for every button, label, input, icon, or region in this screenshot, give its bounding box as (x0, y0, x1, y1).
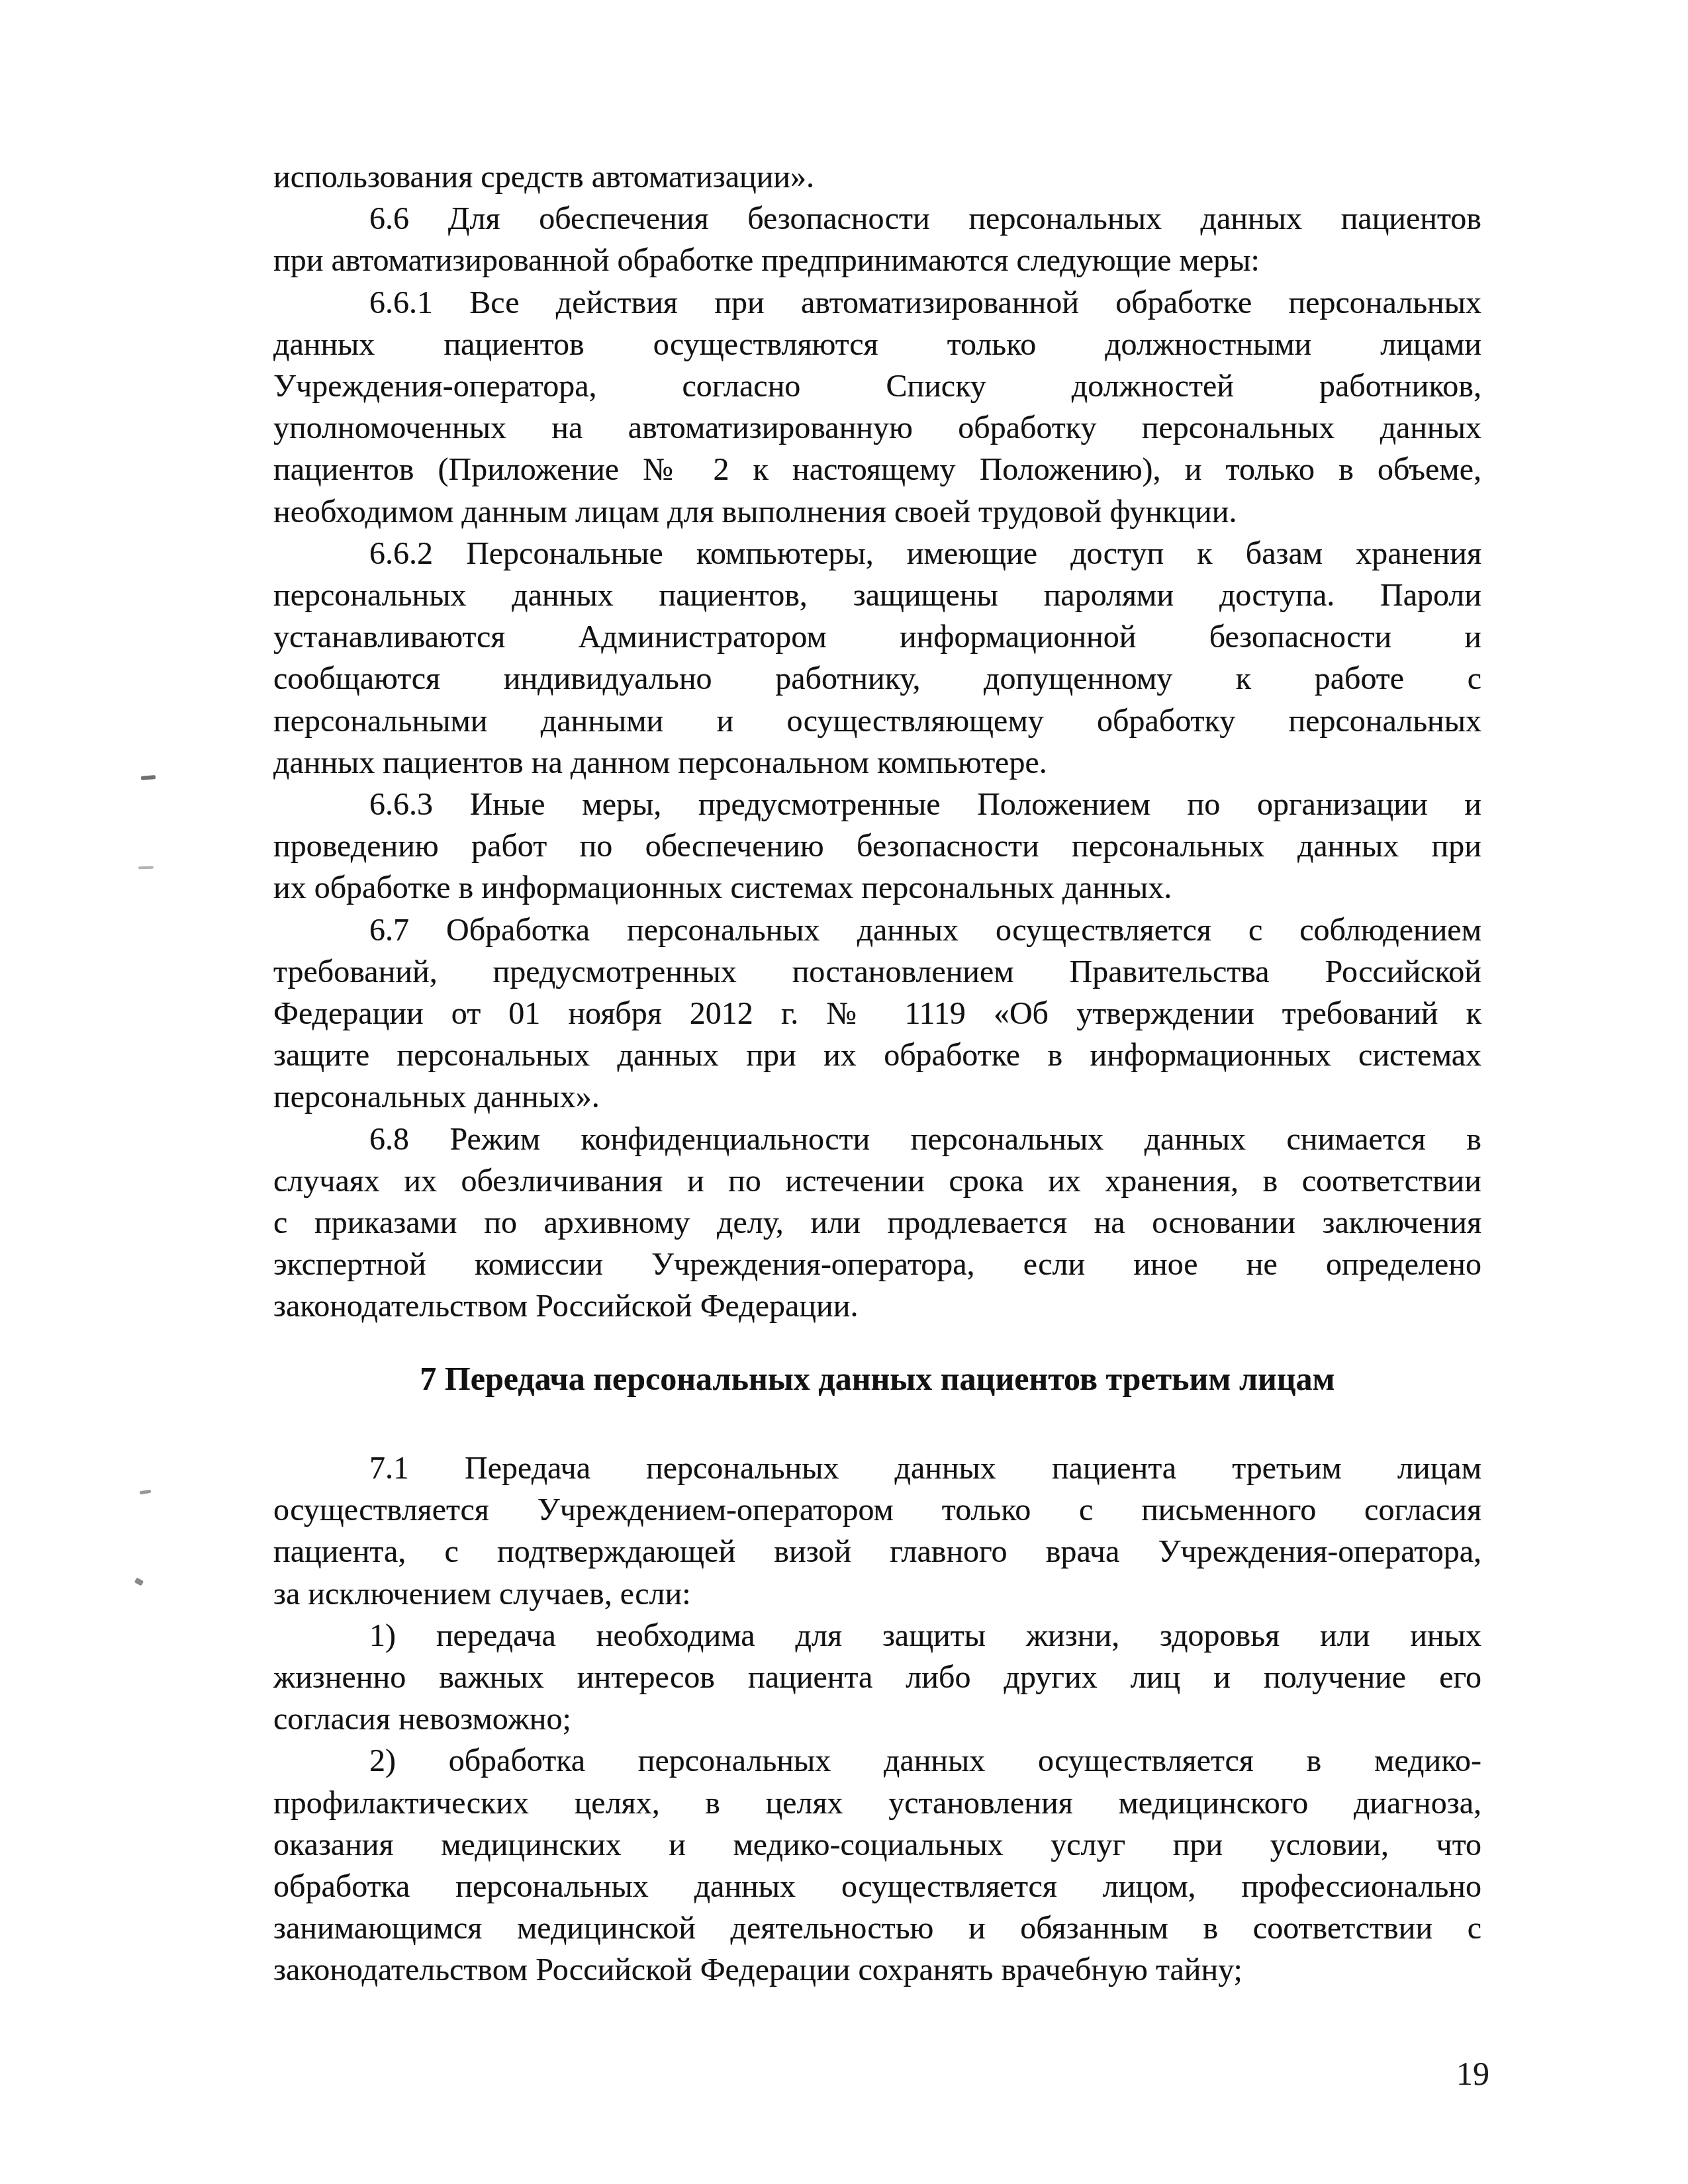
paragraph: 6.6 Для обеспечения безопасности персона… (273, 198, 1481, 281)
text-line: уполномоченных на автоматизированную обр… (273, 407, 1481, 449)
text-line: случаях их обезличивания и по истечении … (273, 1160, 1481, 1202)
text-line: проведению работ по обеспечению безопасн… (273, 825, 1481, 867)
text-line: персональных данных». (273, 1076, 1481, 1118)
text-line: 2) обработка персональных данных осущест… (273, 1740, 1481, 1782)
text-line: защите персональных данных при их обрабо… (273, 1034, 1481, 1076)
text-line: жизненно важных интересов пациента либо … (273, 1657, 1481, 1698)
text-line: 7 Передача персональных данных пациентов… (273, 1358, 1481, 1400)
paragraph: использования средств автоматизации». (273, 156, 1481, 198)
text-line: 7.1 Передача персональных данных пациент… (273, 1447, 1481, 1489)
text-line: сообщаются индивидуально работнику, допу… (273, 658, 1481, 700)
text-line: персональных данных пациентов, защищены … (273, 574, 1481, 616)
text-line: экспертной комиссии Учреждения-оператора… (273, 1244, 1481, 1285)
text-line: требований, предусмотренных постановлени… (273, 951, 1481, 993)
text-line: Федерации от 01 ноября 2012 г. № 1119 «О… (273, 993, 1481, 1034)
text-line: оказания медицинских и медико-социальных… (273, 1824, 1481, 1866)
text-line: их обработке в информационных системах п… (273, 867, 1481, 909)
text-line: при автоматизированной обработке предпри… (273, 240, 1481, 281)
text-line: пациентов (Приложение № 2 к настоящему П… (273, 449, 1481, 490)
text-line: 6.6.2 Персональные компьютеры, имеющие д… (273, 533, 1481, 574)
text-line: осуществляется Учреждением-оператором то… (273, 1489, 1481, 1531)
paragraph: 6.6.3 Иные меры, предусмотренные Положен… (273, 784, 1481, 909)
paragraph: 6.6.2 Персональные компьютеры, имеющие д… (273, 533, 1481, 784)
paragraph: 6.7 Обработка персональных данных осущес… (273, 909, 1481, 1118)
text-line: 6.7 Обработка персональных данных осущес… (273, 909, 1481, 951)
text-line: 6.6.1 Все действия при автоматизированно… (273, 282, 1481, 324)
scan-artifact-dash (138, 866, 154, 870)
scan-artifact-dash (134, 1578, 144, 1586)
text-line: необходимом данным лицам для выполнения … (273, 491, 1481, 533)
paragraph: 2) обработка персональных данных осущест… (273, 1740, 1481, 1991)
text-line: законодательством Российской Федерации с… (273, 1949, 1481, 1991)
section-heading: 7 Передача персональных данных пациентов… (273, 1358, 1481, 1400)
scanned-document-page: использования средств автоматизации».6.6… (0, 0, 1688, 2184)
text-line: с приказами по архивному делу, или продл… (273, 1202, 1481, 1244)
text-line: профилактических целях, в целях установл… (273, 1782, 1481, 1824)
text-line: данных пациентов осуществляются только д… (273, 324, 1481, 365)
paragraph: 6.8 Режим конфиденциальности персональны… (273, 1118, 1481, 1328)
text-line: обработка персональных данных осуществля… (273, 1866, 1481, 1907)
page-number: 19 (1456, 2054, 1489, 2093)
text-line: пациента, с подтверждающей визой главног… (273, 1531, 1481, 1572)
scan-artifact-dash (140, 1490, 152, 1494)
scan-artifact-dash (141, 775, 156, 780)
text-line: персональными данными и осуществляющему … (273, 700, 1481, 742)
paragraph: 1) передача необходима для защиты жизни,… (273, 1615, 1481, 1741)
text-line: согласия невозможно; (273, 1698, 1481, 1740)
document-body: использования средств автоматизации».6.6… (273, 156, 1481, 1991)
text-line: 6.6 Для обеспечения безопасности персона… (273, 198, 1481, 240)
text-line: использования средств автоматизации». (273, 156, 1481, 198)
text-line: 6.8 Режим конфиденциальности персональны… (273, 1118, 1481, 1160)
text-line: Учреждения-оператора, согласно Списку до… (273, 365, 1481, 407)
paragraph: 6.6.1 Все действия при автоматизированно… (273, 282, 1481, 533)
text-line: данных пациентов на данном персональном … (273, 742, 1481, 784)
text-line: устанавливаются Администратором информац… (273, 616, 1481, 658)
text-line: занимающимся медицинской деятельностью и… (273, 1907, 1481, 1949)
text-line: 1) передача необходима для защиты жизни,… (273, 1615, 1481, 1657)
text-line: законодательством Российской Федерации. (273, 1285, 1481, 1327)
text-line: 6.6.3 Иные меры, предусмотренные Положен… (273, 784, 1481, 825)
paragraph: 7.1 Передача персональных данных пациент… (273, 1447, 1481, 1615)
text-line: за исключением случаев, если: (273, 1573, 1481, 1615)
